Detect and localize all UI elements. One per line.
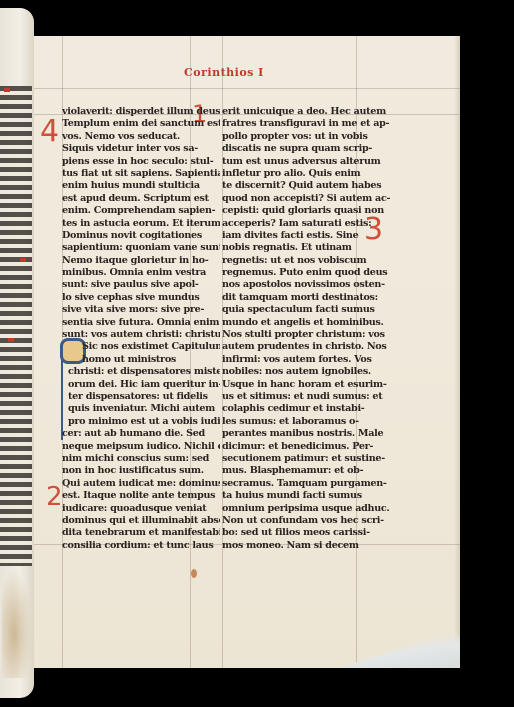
text-line: homo ut ministros — [62, 354, 220, 366]
text-line: discatis ne supra quam scrip- — [222, 143, 392, 155]
text-line: te discernit? Quid autem habes — [222, 180, 392, 192]
text-line: orum dei. Hic iam queritur in- — [62, 379, 220, 391]
text-line: est. Itaque nolite ante tempus — [62, 490, 220, 502]
text-line: quis inveniatur. Michi autem — [62, 403, 220, 415]
text-line: iam divites facti estis. Sine — [222, 230, 392, 242]
text-line: regnetis: ut et nos vobiscum — [222, 255, 392, 267]
facing-page-stain — [2, 568, 32, 678]
ruling-line — [34, 88, 460, 89]
text-line: Nemo itaque glorietur in ho- — [62, 255, 220, 267]
text-line: christi: et dispensatores misteri- — [62, 366, 220, 378]
page-corner-curl — [340, 628, 460, 668]
text-line: sentia sive futura. Omnia enim vestra — [62, 317, 220, 329]
text-line: quia spectaculum facti sumus — [222, 304, 392, 316]
text-line: neque meipsum iudico. Nichil e- — [62, 441, 220, 453]
text-column-left: violaverit: disperdet illum deus. Templu… — [62, 106, 220, 552]
text-line: dit tamquam morti destinatos: — [222, 292, 392, 304]
text-line: colaphis cedimur et instabi- — [222, 403, 392, 415]
text-line: mundo et angelis et hominibus. — [222, 317, 392, 329]
text-line: secutionem patimur: et sustine- — [222, 453, 392, 465]
text-line: nobis regnatis. Et utinam — [222, 242, 392, 254]
text-line: Nos stulti propter christum: vos — [222, 329, 392, 341]
text-line: non in hoc iustificatus sum. — [62, 465, 220, 477]
facing-page-rubric — [8, 338, 14, 342]
facing-page-text-block — [0, 86, 32, 566]
text-line: sunt: sive paulus sive apol- — [62, 279, 220, 291]
text-line: est apud deum. Scriptum est — [62, 193, 220, 205]
margin-number-4: 4 — [40, 114, 59, 149]
text-line: tes in astucia eorum. Et iterum. — [62, 218, 220, 230]
text-line: pro minimo est ut a vobis iudi- — [62, 416, 220, 428]
facing-page-curled — [0, 8, 34, 698]
text-line: Qui autem iudicat me: dominus — [62, 478, 220, 490]
text-line: cer: aut ab humano die. Sed — [62, 428, 220, 440]
text-line: Usque in hanc horam et esurim- — [222, 379, 392, 391]
text-line: iudicare: quoadusque veniat — [62, 503, 220, 515]
text-line: Templum enim dei sanctum est: quod estis — [62, 118, 220, 130]
text-line: dicimur: et benedicimus. Per- — [222, 441, 392, 453]
text-line: fratres transfiguravi in me et ap- — [222, 118, 392, 130]
text-line: dita tenebrarum et manifestabit — [62, 527, 220, 539]
foxing-spot — [191, 569, 197, 578]
text-line: erit unicuique a deo. Hec autem — [222, 106, 392, 118]
text-line: bo: sed ut filios meos carissi- — [222, 527, 392, 539]
text-line: autem prudentes in christo. Nos — [222, 341, 392, 353]
page-edge-shadow — [454, 36, 460, 668]
text-line: enim huius mundi stulticia — [62, 180, 220, 192]
text-line: Dominus novit cogitationes — [62, 230, 220, 242]
facing-page-rubric — [20, 258, 26, 262]
text-line: ter dispensatores: ut fidelis — [62, 391, 220, 403]
text-line: perantes manibus nostris. Male — [222, 428, 392, 440]
running-header: Corinthios I — [184, 66, 264, 79]
text-line: Non ut confundam vos hec scri- — [222, 515, 392, 527]
text-line: violaverit: disperdet illum deus. — [62, 106, 220, 118]
text-line: acceperis? Iam saturati estis: — [222, 218, 392, 230]
text-line: minibus. Omnia enim vestra — [62, 267, 220, 279]
text-line: ta huius mundi facti sumus — [222, 490, 392, 502]
text-line: sapientium: quoniam vane sunt. — [62, 242, 220, 254]
text-line: infletur pro alio. Quis enim — [222, 168, 392, 180]
manuscript-page: Corinthios I 4 1 3 2 violaverit: disperd… — [34, 36, 460, 668]
text-line: omnium peripsima usque adhuc. — [222, 503, 392, 515]
text-line: Sic nos existimet Capitulum IIII. — [62, 341, 220, 353]
text-line: dominus qui et illuminabit abscon- — [62, 515, 220, 527]
text-line: secramus. Tamquam purgamen- — [222, 478, 392, 490]
text-line: mos moneo. Nam si decem — [222, 540, 392, 552]
text-line: nos apostolos novissimos osten- — [222, 279, 392, 291]
margin-number-2: 2 — [46, 482, 63, 512]
text-line: quod non accepisti? Si autem ac- — [222, 193, 392, 205]
text-line: enim. Comprehendam sapien- — [62, 205, 220, 217]
text-line: infirmi: vos autem fortes. Vos — [222, 354, 392, 366]
text-line: consilia cordium: et tunc laus — [62, 540, 220, 552]
text-line: pollo propter vos: ut in vobis — [222, 131, 392, 143]
text-line: lo sive cephas sive mundus — [62, 292, 220, 304]
text-line: nim michi conscius sum: sed — [62, 453, 220, 465]
text-line: piens esse in hoc seculo: stul- — [62, 156, 220, 168]
text-line: nobiles: nos autem ignobiles. — [222, 366, 392, 378]
text-line: sunt: vos autem christi: christus autem … — [62, 329, 220, 341]
text-line: us et sitimus: et nudi sumus: et — [222, 391, 392, 403]
text-line: mus. Blasphemamur: et ob- — [222, 465, 392, 477]
text-line: Siquis videtur inter vos sa- — [62, 143, 220, 155]
text-line: regnemus. Puto enim quod deus — [222, 267, 392, 279]
text-line: les sumus: et laboramus o- — [222, 416, 392, 428]
text-line: vos. Nemo vos seducat. — [62, 131, 220, 143]
text-line: tum est unus adversus alterum — [222, 156, 392, 168]
text-line: cepisti: quid gloriaris quasi non — [222, 205, 392, 217]
text-column-right: erit unicuique a deo. Hec autem fratres … — [222, 106, 392, 552]
facing-page-rubric — [4, 88, 10, 92]
text-line: tus fiat ut sit sapiens. Sapientia — [62, 168, 220, 180]
text-line: sive vita sive mors: sive pre- — [62, 304, 220, 316]
